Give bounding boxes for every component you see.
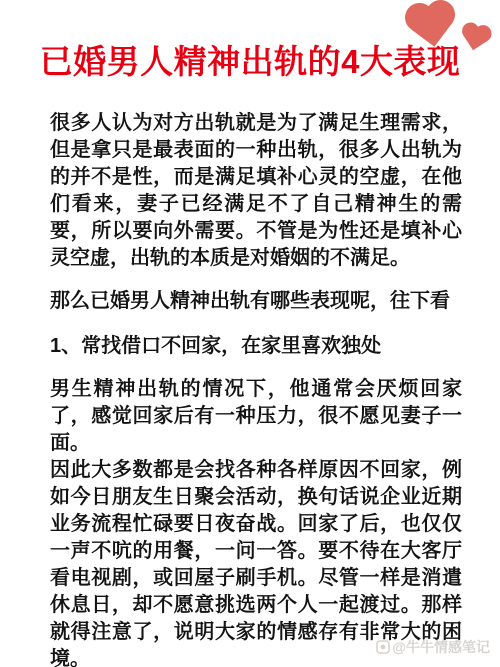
section-1-heading: 1、常找借口不回家，在家里喜欢独处 <box>50 333 462 360</box>
watermark: @牛牛情感笔记 <box>376 637 490 657</box>
section-1-paragraph-2: 因此大多数都是会找各种各样原因不回家，例如今日朋友生日聚会活动，换句话说企业近期… <box>50 457 462 667</box>
article-body: 很多人认为对方出轨就是为了满足生理需求，但是拿只是最表面的一种出轨，很多人出轨为… <box>50 110 462 667</box>
watermark-text: @牛牛情感笔记 <box>392 637 490 657</box>
page-title: 已婚男人精神出轨的4大表现 <box>0 36 500 83</box>
lead-in-paragraph: 那么已婚男人精神出轨有哪些表现呢，往下看 <box>50 288 462 315</box>
intro-paragraph: 很多人认为对方出轨就是为了满足生理需求，但是拿只是最表面的一种出轨，很多人出轨为… <box>50 110 462 272</box>
section-1-paragraph-1: 男生精神出轨的情况下，他通常会厌烦回家了，感觉回家后有一种压力，很不愿见妻子一面… <box>50 376 462 457</box>
watermark-logo-icon <box>376 640 390 654</box>
